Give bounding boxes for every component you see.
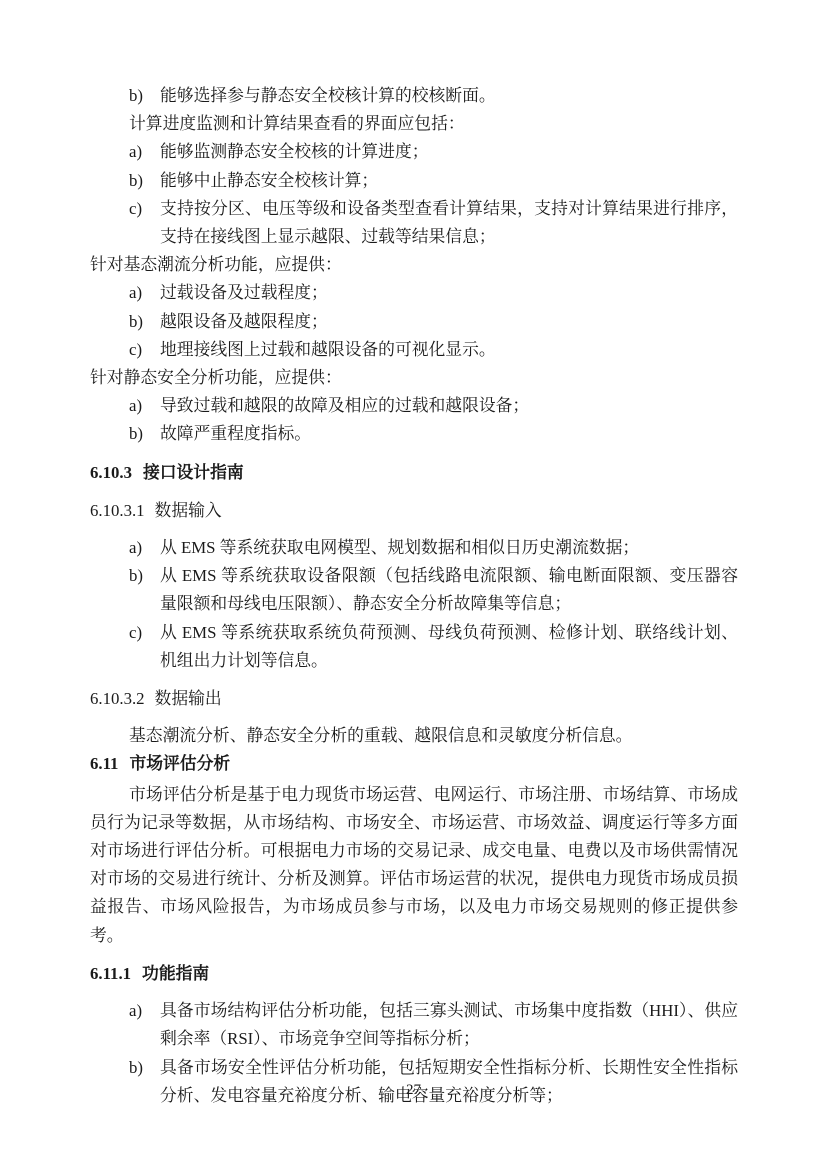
list-item-text: 故障严重程度指标。 — [160, 424, 311, 443]
list-item: b) 从 EMS 等系统获取设备限额（包括线路电流限额、输电断面限额、变压器容量… — [90, 562, 738, 618]
list-item-text: 越限设备及越限程度； — [160, 312, 328, 331]
list-marker: b) — [129, 1054, 143, 1082]
heading-number: 6.11.1 — [90, 964, 131, 983]
section-heading: 6.10.3接口设计指南 — [90, 459, 738, 487]
heading-title: 功能指南 — [142, 964, 209, 983]
subsection-heading: 6.10.3.1数据输入 — [90, 497, 738, 525]
list-item: a) 具备市场结构评估分析功能，包括三寡头测试、市场集中度指数（HHI）、供应剩… — [90, 997, 738, 1053]
list-item-text: 从 EMS 等系统获取系统负荷预测、母线负荷预测、检修计划、联络线计划、机组出力… — [160, 623, 738, 670]
list-item: a) 能够监测静态安全校核的计算进度； — [90, 138, 738, 166]
heading-title: 数据输入 — [155, 501, 222, 520]
heading-number: 6.10.3.2 — [90, 689, 145, 708]
paragraph: 针对静态安全分析功能，应提供： — [90, 364, 738, 392]
list-item-text: 能够监测静态安全校核的计算进度； — [160, 142, 429, 161]
list-item: b) 能够中止静态安全校核计算； — [90, 167, 738, 195]
subsection-heading: 6.10.3.2数据输出 — [90, 685, 738, 713]
list-item: a) 过载设备及过载程度； — [90, 279, 738, 307]
paragraph: 市场评估分析是基于电力现货市场运营、电网运行、市场注册、市场结算、市场成员行为记… — [90, 781, 738, 950]
list-item: a) 导致过载和越限的故障及相应的过载和越限设备； — [90, 392, 738, 420]
list-item-text: 能够中止静态安全校核计算； — [160, 171, 378, 190]
list-marker: b) — [129, 308, 143, 336]
paragraph: 基态潮流分析、静态安全分析的重载、越限信息和灵敏度分析信息。 — [90, 722, 738, 750]
section-heading: 6.11市场评估分析 — [90, 750, 738, 778]
page-number: 27 — [0, 1080, 827, 1100]
page-content: b) 能够选择参与静态安全校核计算的校核断面。 计算进度监测和计算结果查看的界面… — [90, 82, 738, 1110]
list-marker: a) — [129, 138, 142, 166]
list-marker: c) — [129, 619, 142, 647]
heading-title: 接口设计指南 — [143, 463, 244, 482]
list-item-text: 具备市场结构评估分析功能，包括三寡头测试、市场集中度指数（HHI）、供应剩余率（… — [160, 1001, 738, 1048]
list-item: b) 越限设备及越限程度； — [90, 308, 738, 336]
heading-number: 6.10.3.1 — [90, 501, 145, 520]
list-item-text: 过载设备及过载程度； — [160, 283, 328, 302]
heading-number: 6.10.3 — [90, 463, 132, 482]
heading-number: 6.11 — [90, 754, 118, 773]
list-item-text: 能够选择参与静态安全校核计算的校核断面。 — [160, 86, 496, 105]
document-page: b) 能够选择参与静态安全校核计算的校核断面。 计算进度监测和计算结果查看的界面… — [0, 0, 827, 1169]
list-item: c) 支持按分区、电压等级和设备类型查看计算结果，支持对计算结果进行排序，支持在… — [90, 195, 738, 251]
list-marker: b) — [129, 167, 143, 195]
list-item: b) 故障严重程度指标。 — [90, 420, 738, 448]
list-item: b) 能够选择参与静态安全校核计算的校核断面。 — [90, 82, 738, 110]
list-item-text: 导致过载和越限的故障及相应的过载和越限设备； — [160, 396, 529, 415]
list-item-text: 从 EMS 等系统获取电网模型、规划数据和相似日历史潮流数据； — [160, 538, 639, 557]
list-marker: c) — [129, 195, 142, 223]
list-item-text: 支持按分区、电压等级和设备类型查看计算结果，支持对计算结果进行排序，支持在接线图… — [160, 199, 738, 246]
list-item-text: 从 EMS 等系统获取设备限额（包括线路电流限额、输电断面限额、变压器容量限额和… — [160, 566, 738, 613]
list-item: c) 从 EMS 等系统获取系统负荷预测、母线负荷预测、检修计划、联络线计划、机… — [90, 619, 738, 675]
list-marker: a) — [129, 392, 142, 420]
heading-title: 数据输出 — [155, 689, 222, 708]
list-item: c) 地理接线图上过载和越限设备的可视化显示。 — [90, 336, 738, 364]
list-marker: b) — [129, 82, 143, 110]
list-marker: a) — [129, 279, 142, 307]
list-marker: c) — [129, 336, 142, 364]
list-marker: a) — [129, 997, 142, 1025]
paragraph: 针对基态潮流分析功能，应提供： — [90, 251, 738, 279]
list-marker: b) — [129, 562, 143, 590]
list-item-text: 地理接线图上过载和越限设备的可视化显示。 — [160, 340, 496, 359]
section-heading: 6.11.1功能指南 — [90, 960, 738, 988]
paragraph: 计算进度监测和计算结果查看的界面应包括： — [90, 110, 738, 138]
list-item: a) 从 EMS 等系统获取电网模型、规划数据和相似日历史潮流数据； — [90, 534, 738, 562]
heading-title: 市场评估分析 — [129, 754, 230, 773]
list-marker: b) — [129, 420, 143, 448]
list-marker: a) — [129, 534, 142, 562]
